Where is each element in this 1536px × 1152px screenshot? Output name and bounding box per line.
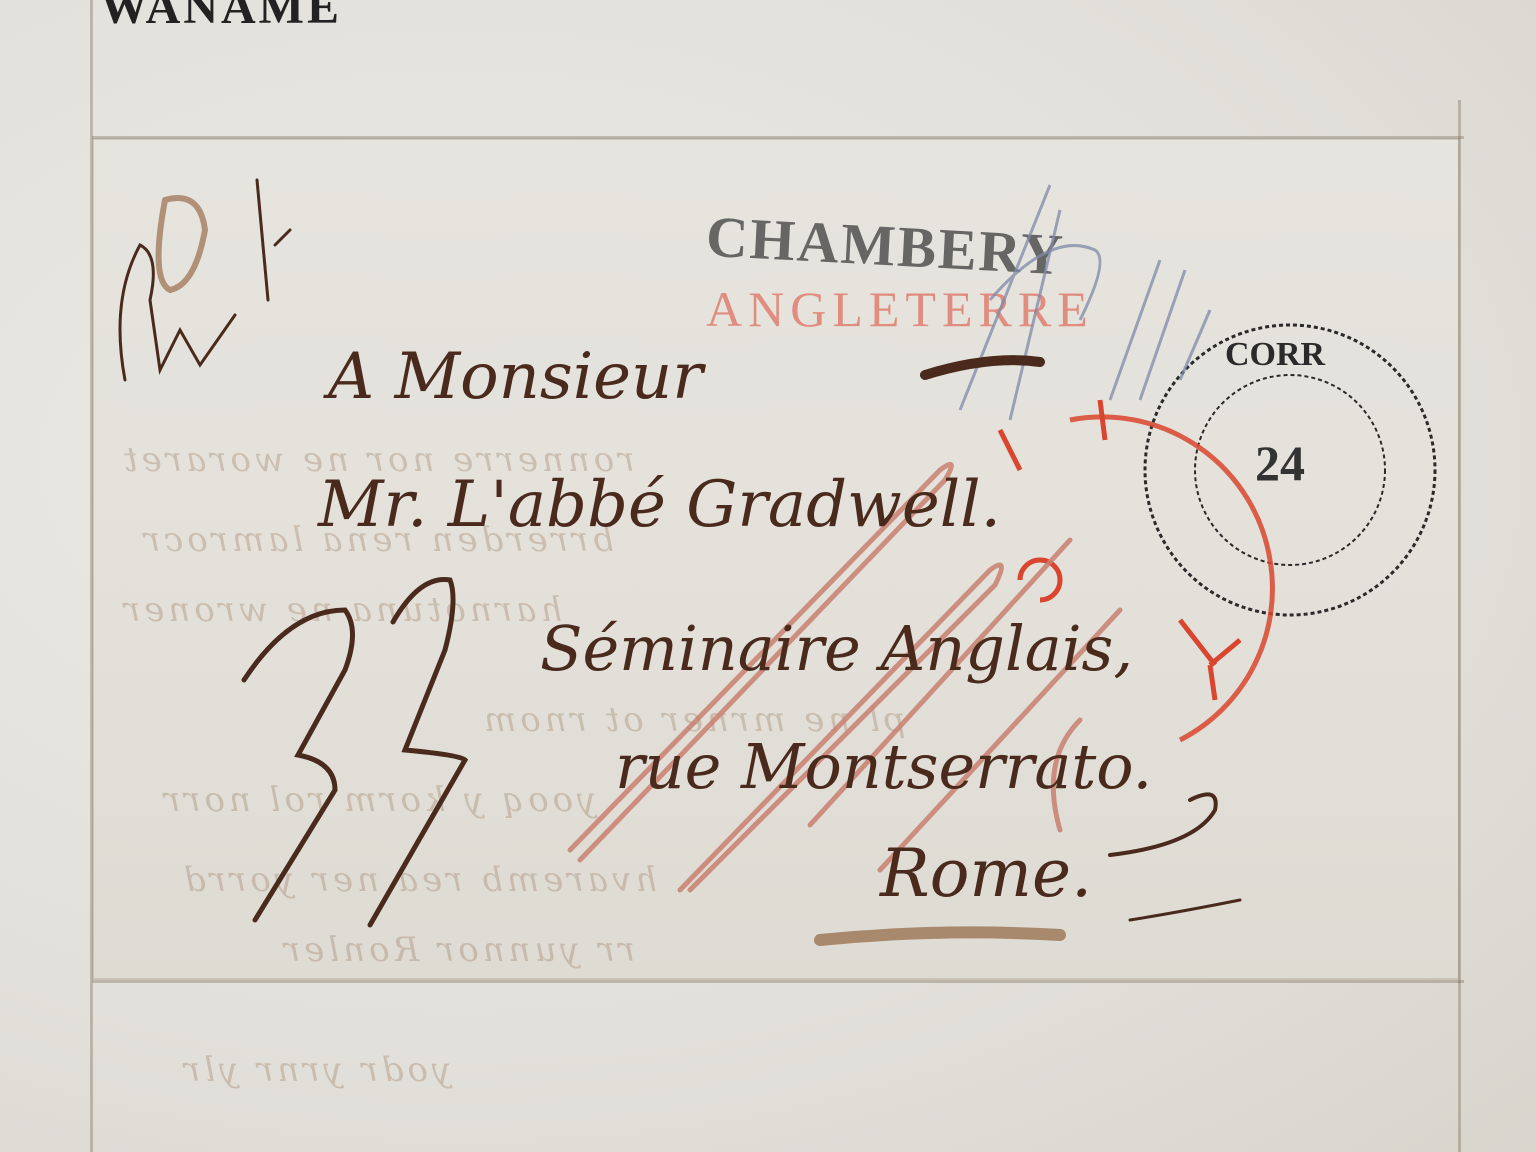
address-line-4: rue Montserrato. — [615, 730, 1152, 803]
address-line-5: Rome. — [880, 835, 1092, 912]
address-line-2: Mr. L'abbé Gradwell. — [318, 468, 1001, 542]
black-circular-datestamp: CORR 24 — [1145, 325, 1435, 615]
rate-numeral-33 — [244, 580, 465, 925]
svg-text:24: 24 — [1255, 435, 1305, 491]
svg-text:CORR: CORR — [1225, 336, 1326, 373]
address-line-3: Séminaire Anglais, — [540, 612, 1133, 685]
markings-layer: CORR 24 — [0, 0, 1536, 1152]
address-line-1: A Monsieur — [328, 340, 703, 414]
top-left-note — [120, 180, 290, 380]
